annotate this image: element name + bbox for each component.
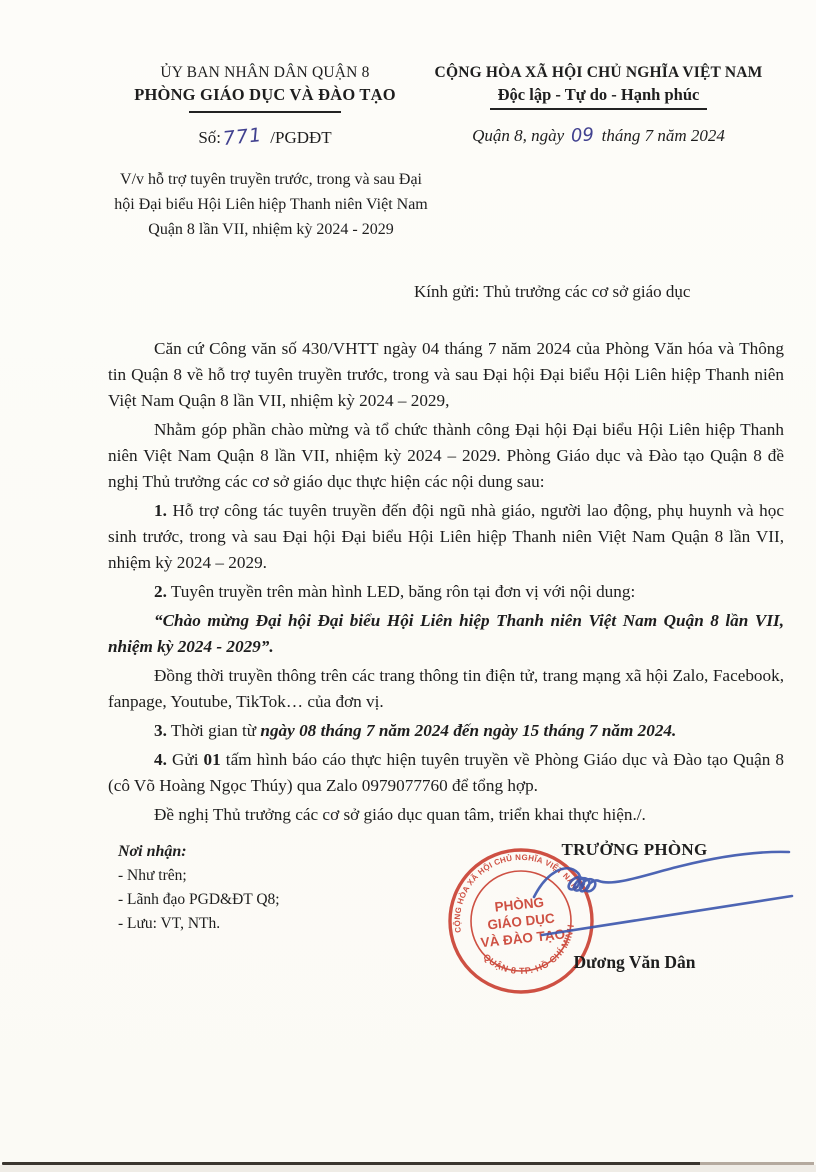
- item-3-text: Thời gian từ: [167, 721, 261, 740]
- parent-org-name: ỦY BAN NHÂN DÂN QUẬN 8: [105, 64, 425, 82]
- salutation: Kính gửi: Thủ trưởng các cơ sở giáo dục: [414, 282, 690, 302]
- scanned-official-letter: ỦY BAN NHÂN DÂN QUẬN 8 PHÒNG GIÁO DỤC VÀ…: [0, 0, 816, 1172]
- paragraph-purpose: Nhằm góp phần chào mừng và tổ chức thành…: [108, 417, 784, 495]
- item-1: 1. Hỗ trợ công tác tuyên truyền đến đội …: [108, 498, 784, 576]
- item-4-quantity: 01: [204, 750, 221, 769]
- handwritten-number: 771: [222, 124, 263, 150]
- recipients-block: Nơi nhận: - Như trên; - Lãnh đạo PGD&ĐT …: [118, 840, 280, 936]
- item-3-dates: ngày 08 tháng 7 năm 2024 đến ngày 15 thá…: [260, 721, 676, 740]
- item-2: 2. Tuyên truyền trên màn hình LED, băng …: [108, 579, 784, 605]
- header-issuing-org: ỦY BAN NHÂN DÂN QUẬN 8 PHÒNG GIÁO DỤC VÀ…: [105, 64, 425, 148]
- closing-paragraph: Đề nghị Thủ trưởng các cơ sở giáo dục qu…: [108, 802, 784, 828]
- scan-edge-line-faded: [700, 1162, 814, 1165]
- motto-line2: Độc lập - Tự do - Hạnh phúc: [490, 85, 708, 110]
- item-3-number: 3.: [154, 721, 167, 740]
- item-4: 4. Gửi 01 tấm hình báo cáo thực hiện tuy…: [108, 747, 784, 799]
- recipient-item: - Như trên;: [118, 864, 280, 888]
- date-suffix: tháng 7 năm 2024: [602, 126, 725, 145]
- document-subject: V/v hỗ trợ tuyên truyền trước, trong và …: [112, 168, 430, 242]
- scan-bottom-strip: [0, 1165, 816, 1172]
- item-2-text: Tuyên truyền trên màn hình LED, băng rôn…: [167, 582, 635, 601]
- org-underline: [189, 111, 341, 113]
- signer-title: TRƯỞNG PHÒNG: [512, 840, 757, 860]
- propaganda-slogan: “Chào mừng Đại hội Đại biểu Hội Liên hiệ…: [108, 608, 784, 660]
- signer-name: Dương Văn Dân: [512, 952, 757, 973]
- org-name: PHÒNG GIÁO DỤC VÀ ĐÀO TẠO: [105, 85, 425, 105]
- item-2-number: 2.: [154, 582, 167, 601]
- item-4-number: 4.: [154, 750, 167, 769]
- recipient-item: - Lưu: VT, NTh.: [118, 912, 280, 936]
- item-4-pre: Gửi: [167, 750, 204, 769]
- item-3: 3. Thời gian từ ngày 08 tháng 7 năm 2024…: [108, 718, 784, 744]
- recipient-item: - Lãnh đạo PGD&ĐT Q8;: [118, 888, 280, 912]
- number-suffix: /PGDĐT: [270, 128, 331, 147]
- date-prefix: Quận 8, ngày: [472, 126, 564, 145]
- header-national-motto: CỘNG HÒA XÃ HỘI CHỦ NGHĨA VIỆT NAM Độc l…: [426, 64, 771, 146]
- letter-body: Căn cứ Công văn số 430/VHTT ngày 04 thán…: [108, 336, 784, 831]
- item-1-text: Hỗ trợ công tác tuyên truyền đến đội ngũ…: [108, 501, 784, 572]
- recipients-label: Nơi nhận:: [118, 840, 280, 864]
- paragraph-basis: Căn cứ Công văn số 430/VHTT ngày 04 thán…: [108, 336, 784, 414]
- handwritten-day: 09: [571, 124, 595, 147]
- document-number-line: Số:771/PGDĐT: [105, 126, 425, 148]
- item-1-number: 1.: [154, 501, 167, 520]
- motto-line1: CỘNG HÒA XÃ HỘI CHỦ NGHĨA VIỆT NAM: [426, 64, 771, 82]
- scan-edge-line: [2, 1162, 708, 1165]
- number-label: Số:: [198, 128, 221, 147]
- paragraph-channels: Đồng thời truyền thông trên các trang th…: [108, 663, 784, 715]
- place-date-line: Quận 8, ngày 09 tháng 7 năm 2024: [426, 125, 771, 146]
- signer-block: TRƯỞNG PHÒNG Dương Văn Dân: [512, 840, 757, 973]
